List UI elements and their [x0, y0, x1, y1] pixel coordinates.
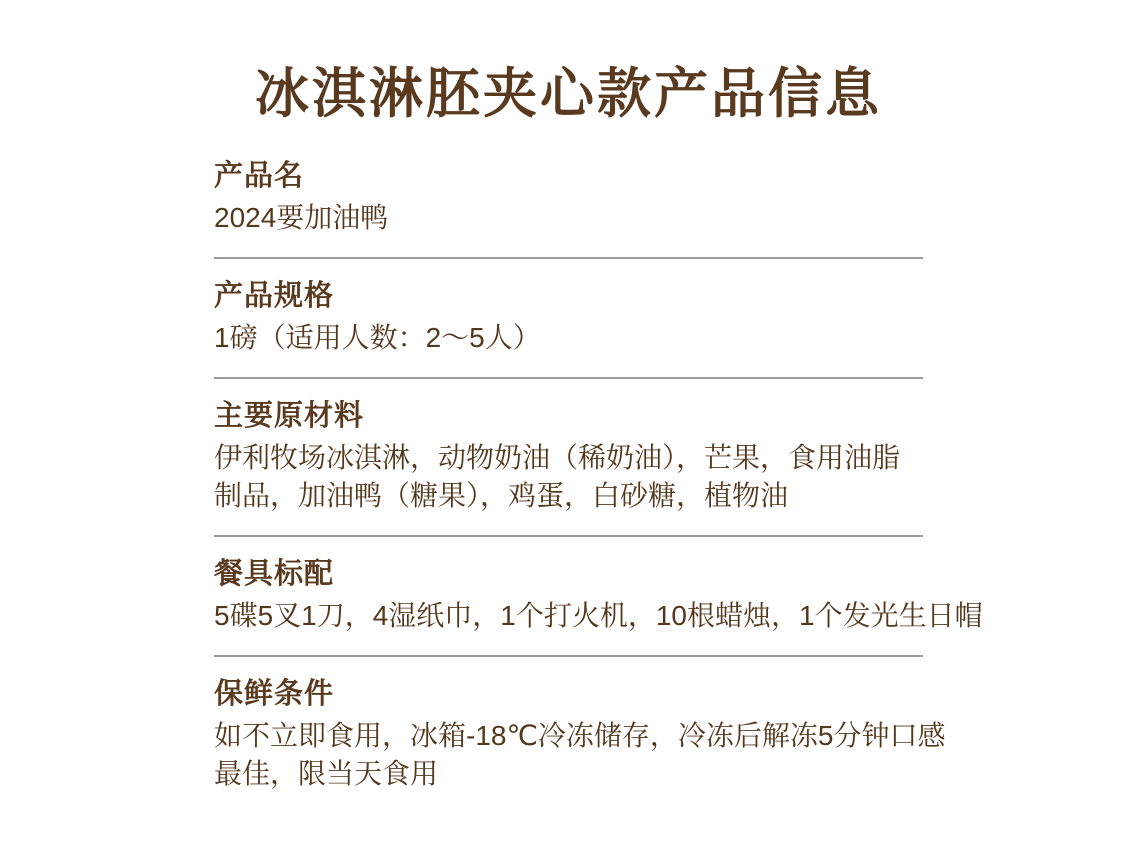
- section-body-line: 2024要加油鸭: [214, 199, 923, 237]
- section-heading-main-ingredients: 主要原材料: [214, 397, 923, 435]
- page-title: 冰淇淋胚夹心款产品信息: [214, 62, 923, 126]
- section-heading-tableware: 餐具标配: [214, 555, 923, 593]
- section-body-line: 制品，加油鸭（糖果），鸡蛋，白砂糖，植物油: [214, 477, 923, 515]
- product-info-page: 冰淇淋胚夹心款产品信息 产品名 2024要加油鸭 产品规格 1磅（适用人数：2～…: [214, 62, 923, 793]
- section-product-spec: 产品规格 1磅（适用人数：2～5人）: [214, 277, 923, 379]
- section-main-ingredients: 主要原材料 伊利牧场冰淇淋，动物奶油（稀奶油），芒果，食用油脂 制品，加油鸭（糖…: [214, 397, 923, 537]
- section-divider: [214, 377, 923, 379]
- section-body-line: 1磅（适用人数：2～5人）: [214, 319, 923, 357]
- section-heading-storage-conditions: 保鲜条件: [214, 675, 923, 713]
- section-tableware: 餐具标配 5碟5叉1刀，4湿纸巾，1个打火机，10根蜡烛，1个发光生日帽: [214, 555, 923, 657]
- section-body-line: 5碟5叉1刀，4湿纸巾，1个打火机，10根蜡烛，1个发光生日帽: [214, 597, 923, 635]
- section-body-line: 如不立即食用，冰箱-18℃冷冻储存，冷冻后解冻5分钟口感: [214, 717, 923, 755]
- section-divider: [214, 535, 923, 537]
- section-heading-product-name: 产品名: [214, 157, 923, 195]
- section-heading-product-spec: 产品规格: [214, 277, 923, 315]
- section-divider: [214, 655, 923, 657]
- section-divider: [214, 257, 923, 259]
- section-storage-conditions: 保鲜条件 如不立即食用，冰箱-18℃冷冻储存，冷冻后解冻5分钟口感 最佳，限当天…: [214, 675, 923, 793]
- section-body-line: 伊利牧场冰淇淋，动物奶油（稀奶油），芒果，食用油脂: [214, 439, 923, 477]
- section-body-line: 最佳，限当天食用: [214, 755, 923, 793]
- section-product-name: 产品名 2024要加油鸭: [214, 157, 923, 259]
